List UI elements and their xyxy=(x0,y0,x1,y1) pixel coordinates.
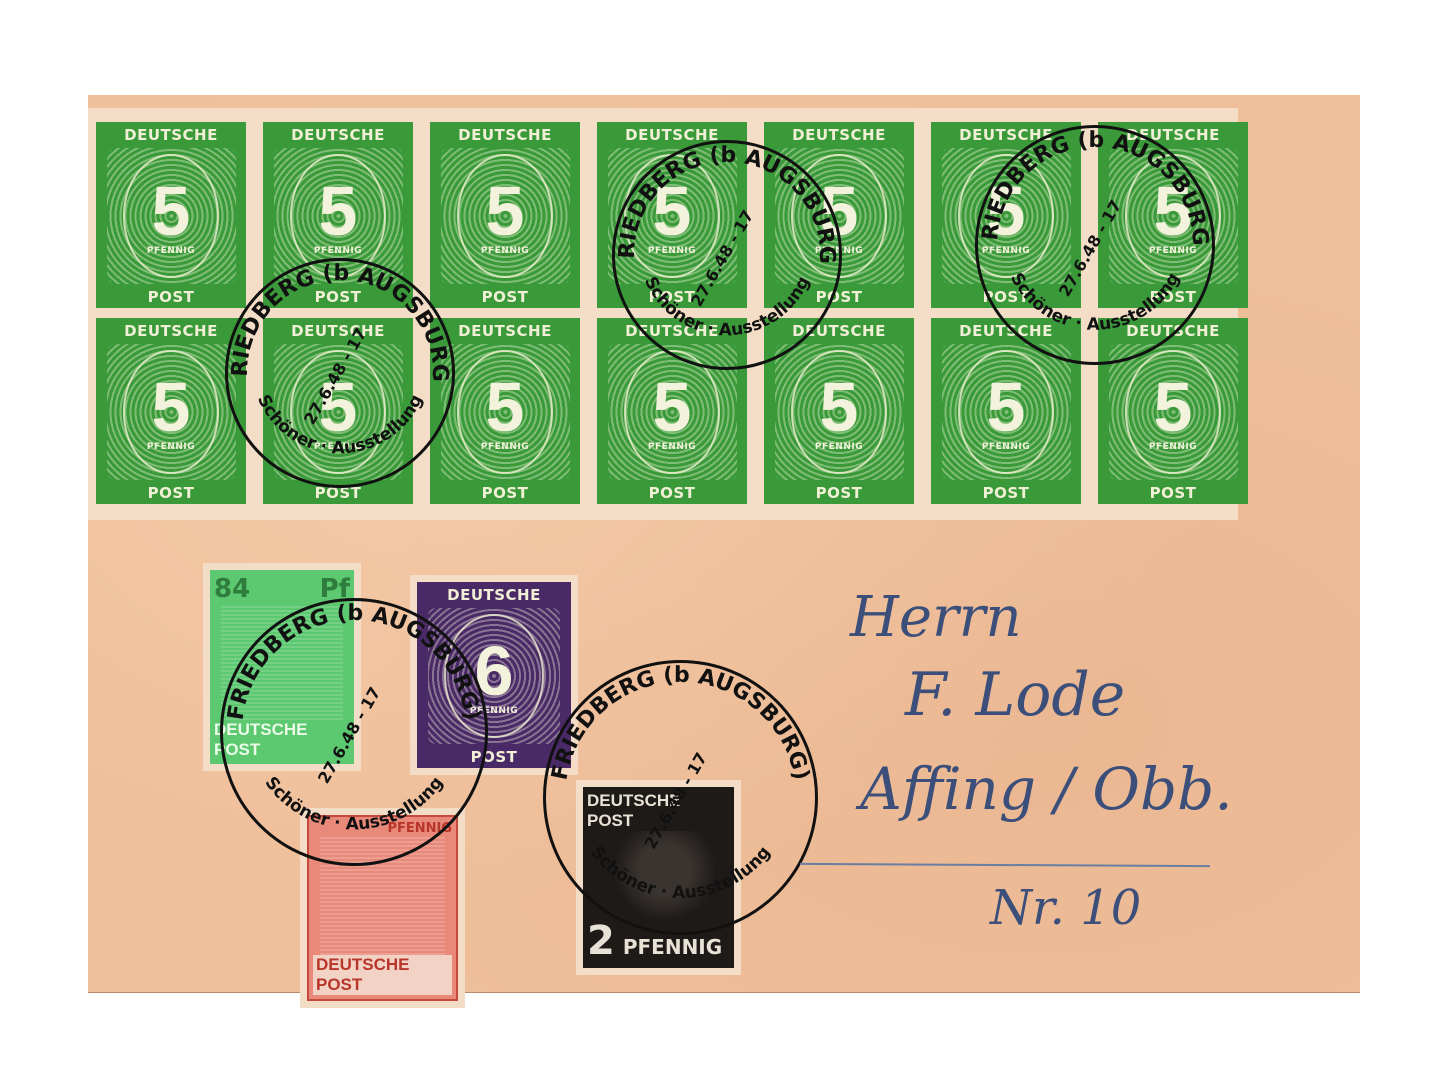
stamp-5-pfennig: DEUTSCHE 5 PFENNIG POST xyxy=(263,122,413,308)
stamp-5-pfennig: DEUTSCHE 5 PFENNIG POST xyxy=(96,318,246,504)
stamp-value: 5 xyxy=(486,372,525,442)
stamp-block: DEUTSCHE 5 PFENNIG POST DEUTSCHE 5 PFENN… xyxy=(88,108,1238,520)
stamp-top: DEUTSCHE xyxy=(458,126,552,144)
stamp-bottom: POST xyxy=(983,484,1030,502)
address-line-2: F. Lode xyxy=(905,660,1125,730)
stamp-top: DEUTSCHE xyxy=(625,322,719,340)
stamp-unit: PFENNIG xyxy=(314,246,362,256)
stamp-top: DEUTSCHE xyxy=(291,322,385,340)
stamp-value: 6 xyxy=(475,636,514,706)
stamp-unit: PFENNIG xyxy=(982,442,1030,452)
stamp-value: 5 xyxy=(319,372,358,442)
stamp-value: 5 xyxy=(152,372,191,442)
stamp-value: 5 xyxy=(653,176,692,246)
stamp-2-pfennig: DEUTSCHE POST 2 PFENNIG xyxy=(576,780,741,975)
stamp-unit: PFENNIG xyxy=(1149,442,1197,452)
stamp-5-pfennig: DEUTSCHE 5 PFENNIG POST xyxy=(263,318,413,504)
stamp-5-pfennig: DEUTSCHE 5 PFENNIG POST xyxy=(597,122,747,308)
stamp-top: DEUTSCHE xyxy=(291,126,385,144)
stamp-bottom: POST xyxy=(482,484,529,502)
stamp-value: 5 xyxy=(1154,372,1193,442)
stamp-5-pfennig: DEUTSCHE 5 PFENNIG POST xyxy=(430,318,580,504)
stamp-caption: DEUTSCHE POST xyxy=(214,720,350,760)
stamp-unit: PFENNIG xyxy=(147,246,195,256)
stamp-top: DEUTSCHE xyxy=(959,322,1053,340)
stamp-5-pfennig: DEUTSCHE 5 PFENNIG POST xyxy=(931,122,1081,308)
stamp-bottom: POST xyxy=(1150,288,1197,306)
stamp-value: 84 xyxy=(214,574,250,604)
stamp-bottom: POST xyxy=(471,748,518,766)
stamp-6-pfennig: DEUTSCHE 6 PFENNIG POST xyxy=(410,575,578,775)
stamp-unit: PFENNIG xyxy=(481,246,529,256)
stamp-bottom: POST xyxy=(816,484,863,502)
stamp-unit: PFENNIG xyxy=(147,442,195,452)
stamp-bottom: POST xyxy=(482,288,529,306)
stamp-currency: Pf xyxy=(320,574,350,604)
stamp-5-pfennig: DEUTSCHE 5 PFENNIG POST xyxy=(430,122,580,308)
stamp-bottom: POST xyxy=(315,484,362,502)
stamp-value: 5 xyxy=(653,372,692,442)
stamp-unit: PFENNIG xyxy=(982,246,1030,256)
stamp-value: 5 xyxy=(820,372,859,442)
stamp-5-pfennig: DEUTSCHE 5 PFENNIG POST xyxy=(1098,318,1248,504)
stamp-bottom: POST xyxy=(1150,484,1197,502)
worker-figure-icon xyxy=(221,604,343,720)
stamp-unit: PFENNIG xyxy=(648,246,696,256)
stamp-bottom: POST xyxy=(983,288,1030,306)
worker-figure-icon xyxy=(320,836,445,955)
stamp-value: 5 xyxy=(1154,176,1193,246)
stamp-5-pfennig: DEUTSCHE 5 PFENNIG POST xyxy=(1098,122,1248,308)
stamp-caption: DEUTSCHE POST xyxy=(313,955,452,995)
stamp-bottom: POST xyxy=(816,288,863,306)
worker-figure-icon xyxy=(594,831,723,918)
stamp-value: 5 xyxy=(152,176,191,246)
stamp-top: DEUTSCHE xyxy=(792,126,886,144)
stamp-top: DEUTSCHE xyxy=(458,322,552,340)
stamp-unit: PFENNIG xyxy=(470,706,518,716)
stamp-bottom: POST xyxy=(315,288,362,306)
stamp-unit: PFENNIG xyxy=(815,246,863,256)
stamp-84-pfennig: 84 Pf DEUTSCHE POST xyxy=(203,563,361,771)
stamp-top: DEUTSCHE xyxy=(447,586,541,604)
stamp-5-pfennig: DEUTSCHE 5 PFENNIG POST xyxy=(764,318,914,504)
stamp-value: 5 xyxy=(987,372,1026,442)
stamp-5-pfennig: DEUTSCHE 5 PFENNIG POST xyxy=(597,318,747,504)
stamp-bottom: POST xyxy=(148,484,195,502)
stamp-5-pfennig: DEUTSCHE 5 PFENNIG POST xyxy=(96,122,246,308)
stamp-value: 5 xyxy=(820,176,859,246)
stamp-unit: PFENNIG xyxy=(648,442,696,452)
stamp-value: 5 xyxy=(486,176,525,246)
stamp-bottom: POST xyxy=(649,484,696,502)
stamp-top: DEUTSCHE xyxy=(124,322,218,340)
stamp-top: DEUTSCHE xyxy=(792,322,886,340)
stamp-5-pfennig: DEUTSCHE 5 PFENNIG POST xyxy=(931,318,1081,504)
stamp-top: DEUTSCHE xyxy=(1126,126,1220,144)
stamp-top: DEUTSCHE POST xyxy=(587,791,730,831)
stamp-value: 5 xyxy=(319,176,358,246)
stamp-top: DEUTSCHE xyxy=(1126,322,1220,340)
stamp-bottom: POST xyxy=(148,288,195,306)
stamp-unit: PFENNIG xyxy=(623,935,722,959)
stamp-unit: PFENNIG xyxy=(314,442,362,452)
stamp-value: 2 xyxy=(587,918,615,964)
stamp-red-worker: PFENNIG DEUTSCHE POST xyxy=(300,808,465,1008)
stamp-value: 5 xyxy=(987,176,1026,246)
stamp-unit: PFENNIG xyxy=(815,442,863,452)
stamp-unit: PFENNIG xyxy=(387,821,452,836)
address-line-1: Herrn xyxy=(850,585,1022,650)
stamp-top: DEUTSCHE xyxy=(625,126,719,144)
stamp-top: DEUTSCHE xyxy=(124,126,218,144)
stamp-bottom: POST xyxy=(649,288,696,306)
stamp-unit: PFENNIG xyxy=(1149,246,1197,256)
stamp-5-pfennig: DEUTSCHE 5 PFENNIG POST xyxy=(764,122,914,308)
stamp-unit: PFENNIG xyxy=(481,442,529,452)
address-line-4: Nr. 10 xyxy=(990,880,1141,936)
stamp-top: DEUTSCHE xyxy=(959,126,1053,144)
address-line-3: Affing / Obb. xyxy=(860,755,1233,823)
